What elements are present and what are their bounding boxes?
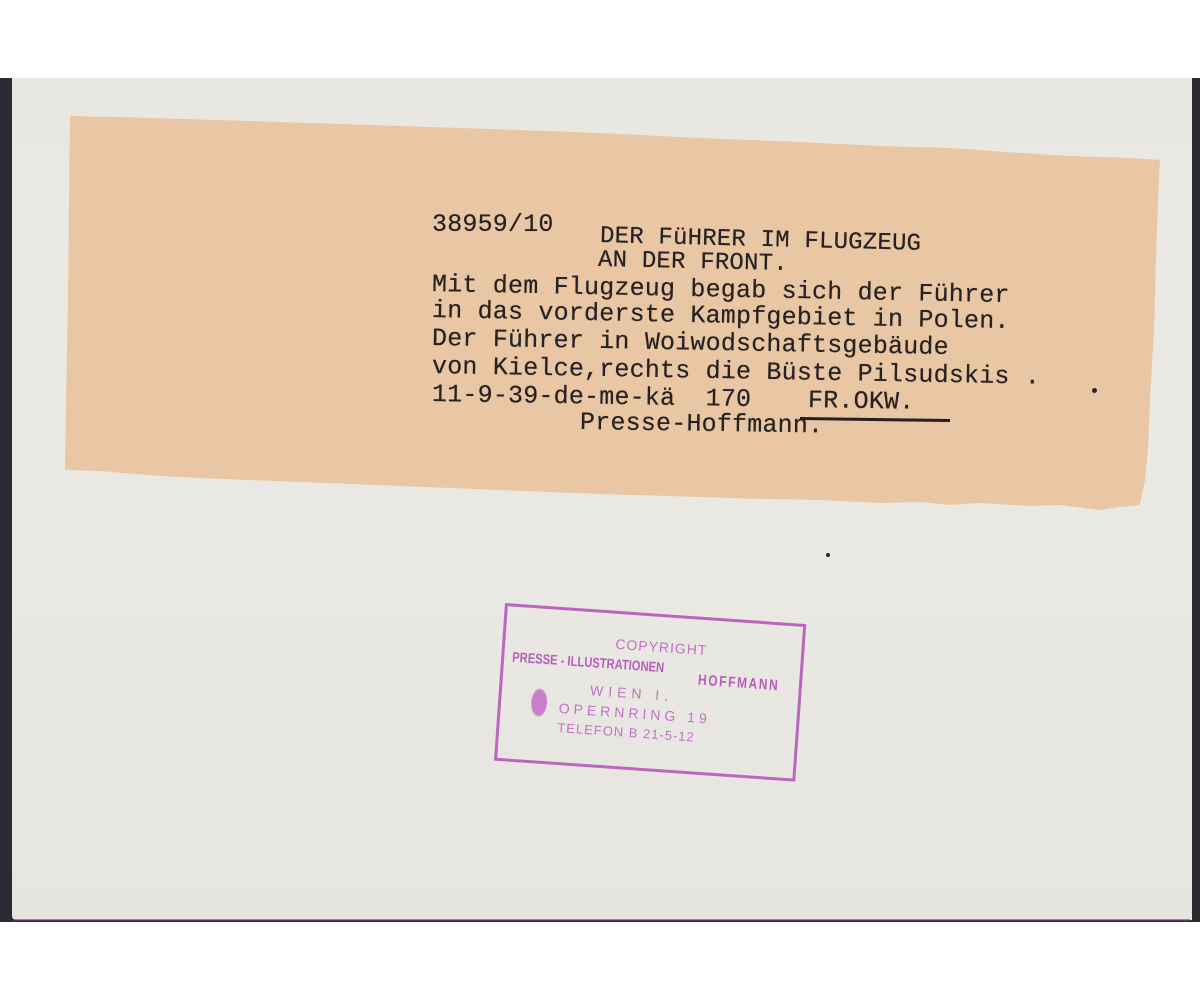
agency-credit: Presse-Hoffmann. (580, 412, 824, 437)
fingerprint-smudge (530, 688, 548, 717)
copyright-stamp: COPYRIGHT PRESSE - ILLUSTRATIONEN HOFFMA… (494, 603, 806, 782)
caption-date-line: 11-9-39-de-me-kä 170 (432, 384, 752, 411)
stamp-copyright: COPYRIGHT (615, 636, 708, 658)
caption-label-paper (0, 0, 1200, 1000)
photo-id-number: 38959/10 (432, 214, 554, 236)
caption-headline-2: AN DER FRONT. (598, 250, 788, 276)
stamp-city: WIEN I. (590, 682, 674, 704)
ink-speck (826, 553, 830, 557)
ink-speck (1092, 388, 1097, 393)
scan-background: 38959/10 DER FüHRER IM FLUGZEUG AN DER F… (0, 0, 1200, 1000)
censor-code: FR.OKW. (808, 390, 915, 414)
stamp-agency-name: HOFFMANN (697, 672, 779, 695)
